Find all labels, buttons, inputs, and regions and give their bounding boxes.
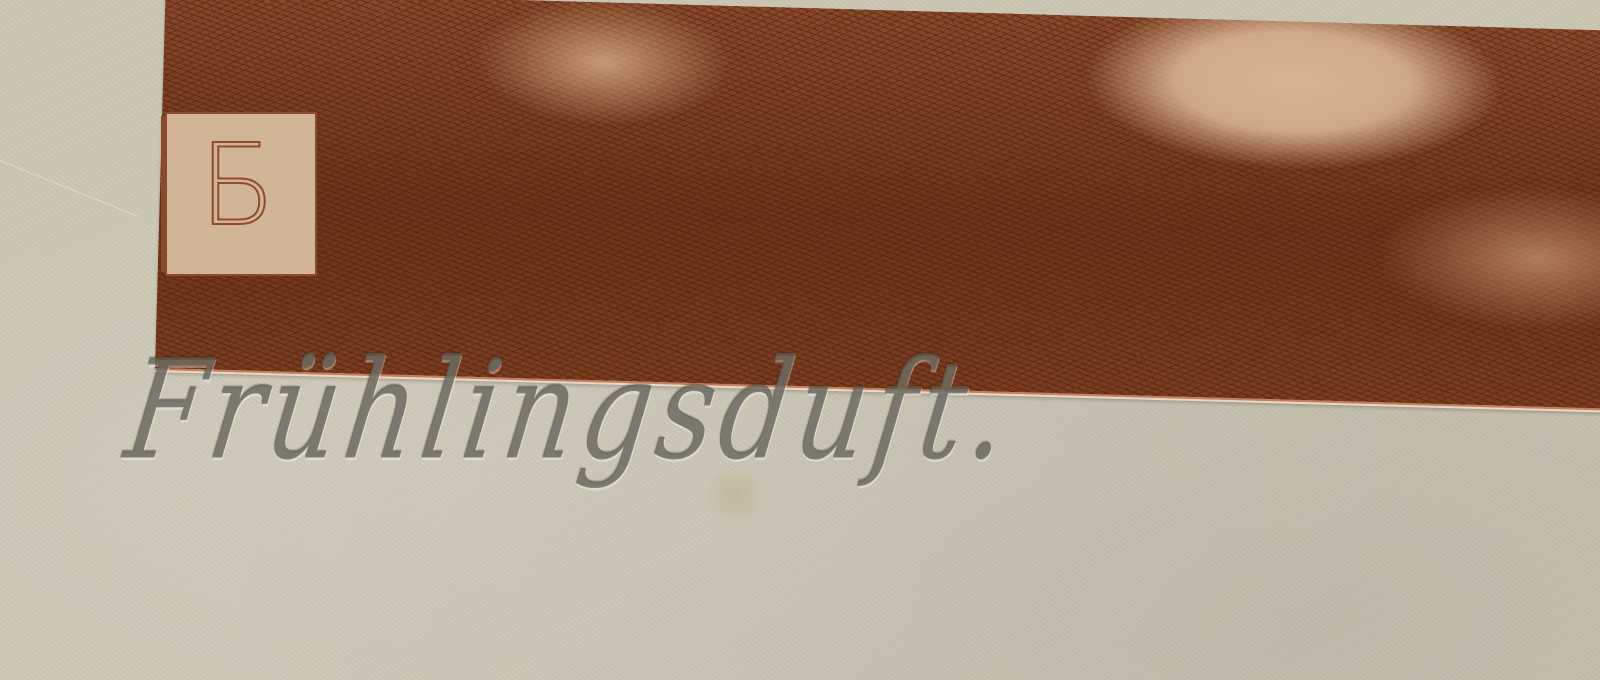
- pencil-inscription: Frühlingsduft.: [118, 330, 1024, 490]
- monogram-box: Б: [165, 112, 317, 276]
- artist-monogram: Б: [199, 130, 276, 242]
